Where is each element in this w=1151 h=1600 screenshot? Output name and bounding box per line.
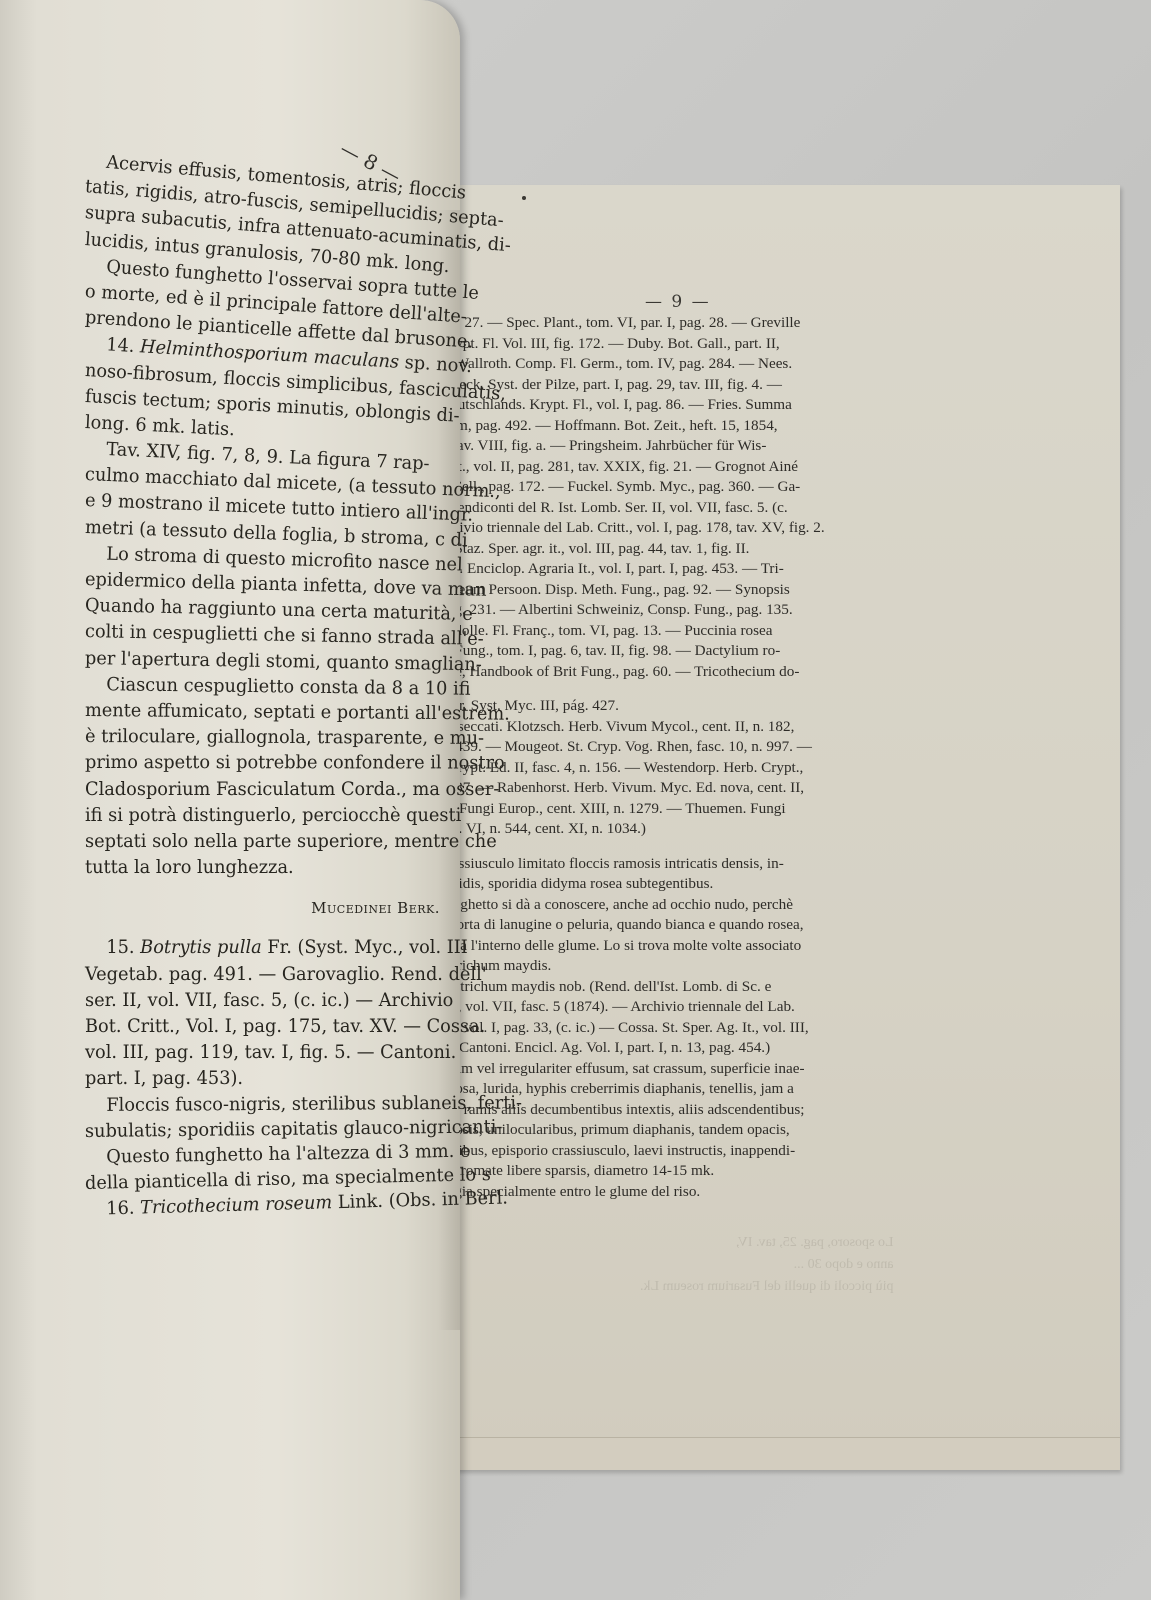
show-through-line: più piccoli di quelli del Fusarium roseu… (640, 1279, 894, 1301)
folded-page-edge (440, 1437, 1120, 1470)
text-line: albidis, sporidia didyma rosea subtegent… (440, 874, 945, 895)
text-line: ), tav. VIII, fig. a. — Pringsheim. Jahr… (440, 436, 945, 457)
text-line: Cladosporium Fasciculatum Corda., ma oss… (85, 777, 434, 803)
page-number-9: — 9 — (645, 292, 711, 312)
text-line: primo aspetto si potrebbe confondere il … (85, 750, 434, 777)
show-through-line: anno e dopo 30 ... (640, 1257, 894, 1279)
text-line: septati solo nella parte superiore, ment… (85, 829, 434, 855)
text-line: lium, pag. 492. — Hoffmann. Bot. Zeit., … (440, 416, 945, 437)
text-line: eggia specialmente entro le glume del ri… (440, 1182, 945, 1203)
section-heading: Mucedinei Berk. (85, 895, 445, 921)
text-line: Floccis fusco-nigris, sterilibus sublane… (85, 1091, 434, 1119)
text-line: a. Staz. Sper. agr. it., vol. III, pag. … (440, 539, 945, 560)
text-line: crassiusculo limitato floccis ramosis in… (440, 854, 945, 875)
text-line: rotrichum maydis. (440, 956, 945, 977)
text-line: vol. III, pag. 119, tav. I, fig. 5. — Ca… (85, 1040, 434, 1066)
text-line: . II, vol. VII, fasc. 5 (1874). — Archiv… (440, 997, 945, 1018)
text-line: oni. Enciclop. Agraria It., vol. I, part… (440, 559, 945, 580)
right-page-text: fig. 27. — Spec. Plant., tom. VI, par. I… (440, 313, 945, 1202)
text-line: Bot., vol. II, pag. 281, tav. XXIX, fig.… (440, 457, 945, 478)
text-line: — Cantoni. Encicl. Ag. Vol. I, part. I, … (440, 1038, 945, 1059)
paper-speck (522, 196, 526, 200)
text-line: orotrichum maydis nob. (Rend. dell'Ist. … (440, 977, 945, 998)
text-line: n. 439. — Mougeot. St. Cryp. Vog. Rhen, … (440, 737, 945, 758)
text-line: t. Cell., pag. 172. — Fuckel. Symb. Myc.… (440, 477, 945, 498)
text-line: 15. Botrytis pulla Fr. (Syst. Myc., vol.… (85, 935, 434, 961)
text-line: mbeck. Syst. der Pilze, part. I, pag. 29… (440, 375, 945, 396)
text-line: . Crypt. Ed. II, fasc. 4, n. 156. — West… (440, 758, 945, 779)
text-line: ent. VI, n. 544, cent. XI, n. 1034.) (440, 819, 945, 840)
text-line: tutta la loro lunghezza. (85, 855, 434, 881)
left-page-text: Acervis effusis, tomentosis, atris; floc… (85, 148, 445, 1224)
text-line: mente affumicato, septati e portanti all… (85, 698, 434, 727)
text-line: Bot. Critt., Vol. I, pag. 175, tav. XV. … (85, 1014, 434, 1040)
text-line: . 437. — Rabenhorst. Herb. Vivum. Myc. E… (440, 778, 945, 799)
text-line: a Fr. Syst. Myc. III, pág. 427. (440, 696, 945, 717)
text-line: Vegetab. pag. 491. — Garovaglio. Rend. d… (85, 962, 434, 988)
text-line: disseccati. Klotzsch. Herb. Vivum Mycol.… (440, 717, 945, 738)
text-line: oke, Handbook of Brit Fung., pag. 60. — … (440, 662, 945, 683)
text-line: obosis, unilocularibus, primum diaphanis… (440, 1120, 945, 1141)
left-page: — 8 — Acervis effusis, tomentosis, atris… (0, 0, 460, 1600)
text-line: Deutschlands. Krypt. Fl., vol. I, pag. 8… (440, 395, 945, 416)
text-line: ifi si potrà distinguerlo, perciocchè qu… (85, 803, 434, 829)
right-page: — 9 — fig. 27. — Spec. Plant., tom. VI, … (440, 185, 1120, 1470)
text-line: , Rendiconti del R. Ist. Lomb. Ser. II, … (440, 498, 945, 519)
text-line: ezza l'interno delle glume. Lo si trova … (440, 936, 945, 957)
text-line: Crypt. Fl. Vol. III, fig. 172. — Duby. B… (440, 334, 945, 355)
text-line: rchivio triennale del Lab. Critt., vol. … (440, 518, 945, 539)
text-line: è triloculare, giallognola, trasparente,… (85, 724, 434, 752)
text-line: a sorta di lanugine o peluria, quando bi… (440, 915, 945, 936)
text-line: part. I, pag. 453). (85, 1066, 434, 1092)
text-line: 4. Wallroth. Comp. Fl. Germ., tom. IV, p… (440, 354, 945, 375)
text-line: — Fungi Europ., cent. XIII, n. 1279. — T… (440, 799, 945, 820)
text-line: pag. 231. — Albertini Schweiniz, Consp. … (440, 600, 945, 621)
text-line: osum vel irregulariter effusum, sat cras… (440, 1059, 945, 1080)
text-line: antibus, episporio crassiusculo, laevi i… (440, 1141, 945, 1162)
show-through-text: Lo sposoro, pag. 25, tav. IV,anno e dopo… (640, 1235, 894, 1301)
text-line: ser. II, vol. VII, fasc. 5, (c. ic.) — A… (85, 988, 434, 1014)
species-name: Botrytis pulla (140, 937, 262, 958)
text-line: funghetto si dà a conoscere, anche ad oc… (440, 895, 945, 916)
text-line: andolle. Fl. Franç., tom. VI, pag. 13. —… (440, 621, 945, 642)
species-name: Tricothecium roseum (140, 1193, 333, 1219)
text-line: roseum Persoon. Disp. Meth. Fung., pag. … (440, 580, 945, 601)
text-line: a stromate libere sparsis, diametro 14-1… (440, 1161, 945, 1182)
text-line: fig. 27. — Spec. Plant., tom. VI, par. I… (440, 313, 945, 334)
text-line: c. Fung., tom. I, pag. 6, tav. II, fig. … (440, 641, 945, 662)
text-line: itt., vol. I, pag. 33, (c. ic.) — Cossa.… (440, 1018, 945, 1039)
show-through-line: Lo sposoro, pag. 25, tav. IV, (640, 1235, 894, 1257)
